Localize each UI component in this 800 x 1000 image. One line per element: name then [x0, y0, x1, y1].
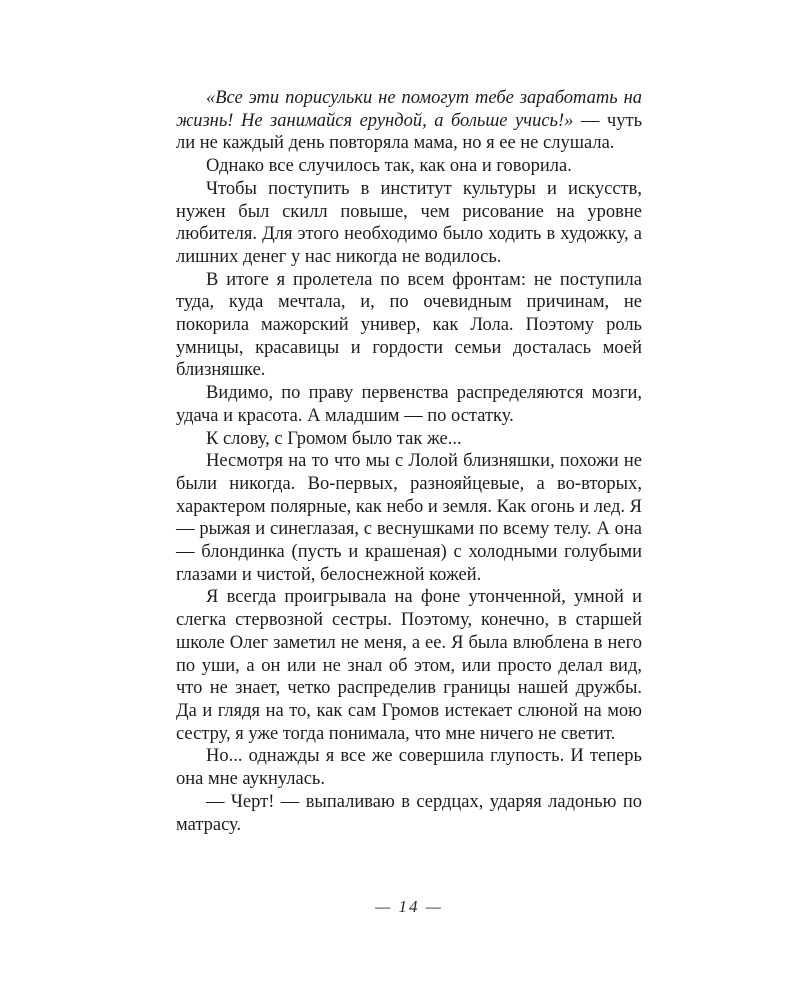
paragraph-dialogue: — Черт! — выпаливаю в сердцах, ударяя ла…: [176, 791, 642, 836]
paragraph-quote: «Все эти порисульки не помогут тебе зара…: [176, 87, 642, 155]
paragraph: Однако все случилось так, как она и гово…: [176, 155, 642, 178]
page-footer: — 14 —: [176, 897, 642, 917]
paragraph: Я всегда проигрывала на фоне утонченной,…: [176, 586, 642, 745]
paragraph: В итоге я пролетела по всем фронтам: не …: [176, 269, 642, 383]
paragraph: Видимо, по праву первенства распределяют…: [176, 382, 642, 427]
paragraph: Но... однажды я все же совершила глупост…: [176, 745, 642, 790]
book-page: «Все эти порисульки не помогут тебе зара…: [0, 0, 800, 1000]
paragraph: Чтобы поступить в институт культуры и ис…: [176, 178, 642, 269]
page-number: — 14 —: [375, 897, 443, 916]
page-text-block: «Все эти порисульки не помогут тебе зара…: [176, 87, 642, 836]
paragraph: Несмотря на то что мы с Лолой близняшки,…: [176, 450, 642, 586]
paragraph: К слову, с Громом было так же...: [176, 428, 642, 451]
